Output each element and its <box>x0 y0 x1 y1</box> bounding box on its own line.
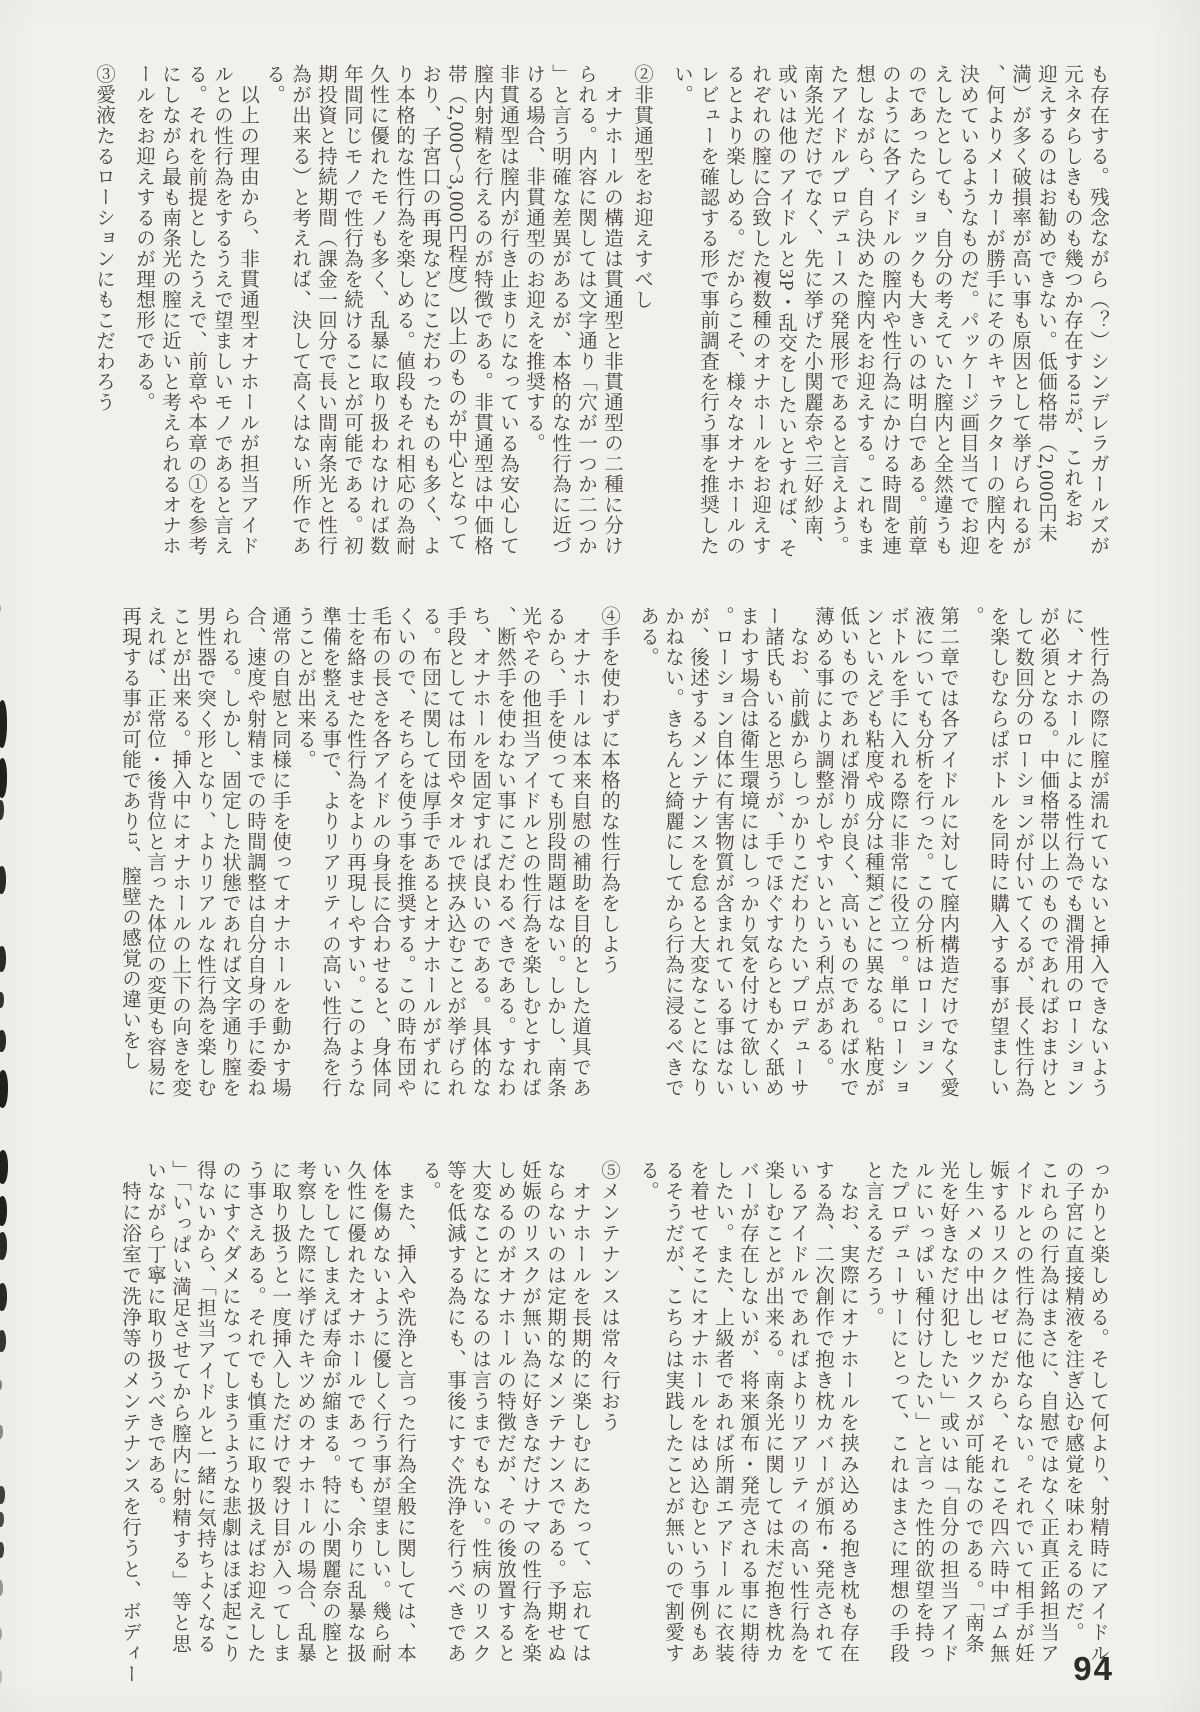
scan-artifact <box>0 1070 8 1108</box>
text-column: 第二章では各アイドルに対して膣内構造だけでなく愛 <box>935 606 960 1120</box>
text-column: えれば、正常位・後背位と言った体位の変更も容易に <box>142 606 167 1120</box>
text-column: のであったらショックも大きいのは明白である。前章 <box>902 64 928 580</box>
text-column: 楽しむことが出来る。南条光に関しては未だ抱き枕カ <box>760 1160 785 1684</box>
text-column: り本格的な性行為を楽しめる。値段もそれ相応の為耐 <box>390 64 416 580</box>
text-column: 士を絡ませた性行為をより再現しやすい。このような <box>342 606 367 1120</box>
text-column: 特に浴室で洗浄等のメンテナンスを行うと、ボディー <box>117 1160 142 1684</box>
text-column: 薄める事により調整がしやすいという利点がある。 <box>810 606 835 1120</box>
text-column: 合、速度や射精までの時間調整は自分自身の手に委ね <box>242 606 267 1120</box>
text-column: ボトルを手に入れる際に非常に役立つ。単にローショ <box>885 606 910 1120</box>
text-column: ある。 <box>635 606 660 1120</box>
text-column: るから、手を使っても別段問題はない。しかし、南条 <box>542 606 567 1120</box>
text-column: う事さえある。それでも慎重に取り扱えばお迎えした <box>242 1160 267 1684</box>
text-column: 、何よりメーカーが勝手にそのキャラクターの膣内を <box>980 64 1006 580</box>
text-column: オナホールは本来自慰の補助を目的とした道具であ <box>567 606 592 1120</box>
scan-artifact <box>0 1030 6 1052</box>
scanned-page: { "page_number": "94", "colors": { "pape… <box>0 0 1200 1712</box>
text-column: 光やその他担当アイドルとの性行為を楽しむとすれば <box>517 606 542 1120</box>
scan-artifact <box>0 1486 5 1504</box>
scan-artifact <box>0 1232 7 1260</box>
text-column: たプロデューサーにとって、これはまさに理想の手段 <box>885 1160 910 1684</box>
text-column: 考察した際に挙げたキツめのオナホールの場合、乱暴 <box>292 1160 317 1684</box>
text-column: 久性に優れたオナホールであっても、余りに乱暴な扱 <box>342 1160 367 1684</box>
text-column: これらの行為はまさに、自慰ではなく正真正銘担当ア <box>1035 1160 1060 1684</box>
text-column: して数回分のローションが付いてくるが、長く性行為 <box>1010 606 1035 1120</box>
text-column: 液についても分析を行った。この分析はローション <box>910 606 935 1120</box>
text-column: うことが出来る。 <box>292 606 317 1120</box>
scan-artifact <box>0 866 6 894</box>
text-column: るとより楽しめる。だからこそ、様々なオナホールの <box>720 64 746 580</box>
text-column: 膣内射精を行えるのが特徴である。非貫通型は中価格 <box>468 64 494 580</box>
text-column: ことが出来る。挿入中にオナホールの上下の向きを変 <box>167 606 192 1120</box>
scan-artifact <box>0 1330 6 1352</box>
section-heading: ③愛液たるローションにもこだわろう <box>90 64 116 580</box>
text-column: 久性に優れたモノも多く、乱暴に取り扱わなければ数 <box>364 64 390 580</box>
text-column: 決めているようなものだ。パッケージ画目当てでお迎 <box>954 64 980 580</box>
text-column: 迎えするのはお勧めできない。低価格帯（2,000円未 <box>1032 64 1058 580</box>
text-column: また、挿入や洗浄と言った行為全般に関しては、本 <box>392 1160 417 1684</box>
text-column: ー諸氏もいると思うが、手でほぐすならともかく舐め <box>760 606 785 1120</box>
scan-artifact <box>0 1425 3 1439</box>
scan-artifact <box>0 1542 4 1558</box>
text-column: たアイドルプロデュースの発展形であると言えよう。 <box>824 64 850 580</box>
text-column: のように各アイドルの膣内や性行為にかける時間を連 <box>876 64 902 580</box>
scan-artifact <box>0 1580 3 1596</box>
scan-artifact <box>0 1196 7 1226</box>
text-column: いをしてしまえば寿命が縮まる。特に小関麗奈の膣と <box>317 1160 342 1684</box>
text-column: 為が出来る）と考えれば、決して高くはない所作であ <box>286 64 312 580</box>
text-column: ち、オナホールを固定すれば良いのである。具体的な <box>467 606 492 1120</box>
scan-artifact <box>0 1283 7 1311</box>
text-column: 男性器で突く形となり、よりリアルな性行為を楽しむ <box>192 606 217 1120</box>
text-column: っかりと楽しめる。そして何より、射精時にアイドル <box>1085 1160 1110 1684</box>
text-column: する為、二次創作で抱き枕カバーが頒布・発売されて <box>810 1160 835 1684</box>
text-column: 性行為の際に膣が濡れていないと挿入できないよう <box>1085 606 1110 1120</box>
text-column: 妊娠のリスクが無い為に好きなだけナマの性行為を楽 <box>517 1160 542 1684</box>
text-column: 再現する事が可能であり¹³、膣壁の感覚の違いをし <box>117 606 142 1120</box>
text-column: ンといえども粘度や成分は種類ごとに異なる。粘度が <box>860 606 885 1120</box>
section-heading: ⑤メンテナンスは常々行おう <box>596 1160 621 1684</box>
text-column: を着せてそこにオナホールをはめ込むという事例もあ <box>685 1160 710 1684</box>
text-column: バーが存在しないが、将来頒布・発売される事に期待 <box>735 1160 760 1684</box>
text-column: が、後述するメンテナンスを怠ると大変なことになり <box>685 606 710 1120</box>
text-column: 準備を整える事で、よりリアリティの高い性行為を行 <box>317 606 342 1120</box>
text-column: が必須となる。中価格帯以上のものであればおまけと <box>1035 606 1060 1120</box>
scan-artifact <box>0 800 4 820</box>
text-column: る。 <box>417 1160 442 1684</box>
text-column: し生ハメの中出しセックスが可能なのである。「南条 <box>960 1160 985 1684</box>
text-column: オナホールを長期的に楽しむにあたって、忘れては <box>567 1160 592 1684</box>
text-column: も存在する。残念ながら（？）シンデレラガールズが <box>1084 64 1110 580</box>
scan-artifact <box>0 605 1 612</box>
text-column: 娠するリスクはゼロだから、それこそ四六時中ゴム無 <box>985 1160 1010 1684</box>
text-column: のにすぐダメになってしまうような悲劇はほぼ起こり <box>217 1160 242 1684</box>
text-column: る。それを前提としたうえで、前章や本章の①を参考 <box>182 64 208 580</box>
text-column: に取り扱うと一度挿入しただけで裂け目が入ってしま <box>267 1160 292 1684</box>
text-column: 期投資と持続期間（課金一回分で長い間南条光と性行 <box>312 64 338 580</box>
text-column: 、断然手を使わない事にこだわるべきである。すなわ <box>492 606 517 1120</box>
text-column: 元ネタらしきものも幾つか存在する¹²が、これをお <box>1058 64 1084 580</box>
text-column: 」と言う明確な差異があるが、本格的な性行為に近づ <box>546 64 572 580</box>
text-column: ける場合、非貫通型のお迎えを推奨する。 <box>520 64 546 580</box>
text-column: 或いは他のアイドルと3P・乱交をしたいとすれば、そ <box>772 64 798 580</box>
text-column: おり、子宮口の再現などにこだわったものも多く、よ <box>416 64 442 580</box>
text-column: オナホールの構造は貫通型と非貫通型の二種に分け <box>598 64 624 580</box>
section-heading: ④手を使わずに本格的な性行為をしよう <box>596 606 621 1120</box>
scan-artifact <box>0 1512 4 1527</box>
text-column: まわす場合は衛生環境にはしっかり気を付けて欲しい <box>735 606 760 1120</box>
scan-artifact <box>0 1380 2 1390</box>
section-heading: ②非貫通型をお迎えすべし <box>628 64 654 580</box>
text-column: 体を傷めないように優しく行う事が望ましい。幾ら耐 <box>367 1160 392 1684</box>
text-column: る。 <box>635 1160 660 1684</box>
text-column: る。 <box>260 64 286 580</box>
text-column: ルとの性行為をするうえで望ましいモノであると言え <box>208 64 234 580</box>
text-column: なお、実際にオナホールを挟み込める抱き枕も存在 <box>835 1160 860 1684</box>
text-column: 南条光だけでなく、先に挙げた小関麗奈や三好紗南、 <box>798 64 824 580</box>
text-column: い。 <box>668 64 694 580</box>
text-column: 以上の理由から、非貫通型オナホールが担当アイド <box>234 64 260 580</box>
text-column: したい。また、上級者であれば所謂エアドールに衣装 <box>710 1160 735 1684</box>
text-column: イドルとの性行為に他ならない。それでいて相手が妊 <box>1010 1160 1035 1684</box>
text-column: かねない。きちんと綺麗にしてから行為に浸るべきで <box>660 606 685 1120</box>
text-column: れぞれの膣に合致した複数種のオナホールをお迎えす <box>746 64 772 580</box>
text-column: ルにいっぱい種付けしたい」と言った性的欲望を持っ <box>910 1160 935 1684</box>
scan-artifact <box>0 758 7 798</box>
text-column: られる。内容に関しては文字通り「穴が一つか二つか <box>572 64 598 580</box>
text-column: しめるのがオナホールの特徴だが、その後放置すると <box>492 1160 517 1684</box>
scan-artifact <box>0 992 4 1008</box>
text-band-top: も存在する。残念ながら（？）シンデレラガールズが元ネタらしきものも幾つか存在する… <box>86 64 1110 580</box>
text-column: 年間同じモノで性行為を続けることが可能である。初 <box>338 64 364 580</box>
text-column: られる。しかし、固定した状態であれば文字通り膣を <box>217 606 242 1120</box>
text-column: 手段としては布団やタオルで挟み込むことが挙げられ <box>442 606 467 1120</box>
scan-artifact <box>0 1670 2 1684</box>
text-column: の子宮に直接精液を注ぎ込む感覚を味わえるのだ。 <box>1060 1160 1085 1684</box>
text-column: ならないのは定期的なメンテナンスである。予期せぬ <box>542 1160 567 1684</box>
text-column: 大変なことになるのは言うまでもない。性病のリスク <box>467 1160 492 1684</box>
text-column: レビューを確認する形で事前調査を行う事を推奨した <box>694 64 720 580</box>
text-band-middle: 性行為の際に膣が濡れていないと挿入できないように、オナホールによる性行為でも潤滑… <box>117 606 1110 1120</box>
text-column: 」「いっぱい満足させてから膣内に射精する」等と思 <box>167 1160 192 1684</box>
text-column: いるアイドルであればよりリアリティの高い性行為を <box>785 1160 810 1684</box>
text-column: を楽しむならばボトルを同時に購入する事が望ましい <box>985 606 1010 1120</box>
text-column: ールをお迎えするのが理想形である。 <box>130 64 156 580</box>
scan-artifact <box>0 700 7 748</box>
text-column: いながら丁寧に取り扱うべきである。 <box>142 1160 167 1684</box>
text-column: にしながら最も南条光の膣に近いと考えられるオナホ <box>156 64 182 580</box>
text-column: る。布団に関しては厚手であるとオナホールがずれに <box>417 606 442 1120</box>
text-column: と言えるだろう。 <box>860 1160 885 1684</box>
text-column: えしたとしても、自分の考えていた膣内と全然違うも <box>928 64 954 580</box>
text-column: 帯（2,000～3,000円程度）以上のものが中心となって <box>442 64 468 580</box>
text-column: 得ないから、「担当アイドルと一緒に気持ちよくなる <box>192 1160 217 1684</box>
text-column: に、オナホールによる性行為でも潤滑用のローション <box>1060 606 1085 1120</box>
text-column: くいので、そちらを使う事を推奨する。この時布団や <box>392 606 417 1120</box>
text-band-bottom: っかりと楽しめる。そして何より、射精時にアイドルの子宮に直接精液を注ぎ込む感覚を… <box>117 1160 1110 1684</box>
text-column: 光を好きなだけ犯したい」或いは「自分の担当アイド <box>935 1160 960 1684</box>
scan-artifact <box>0 1150 8 1184</box>
text-column: 。 <box>960 606 985 1120</box>
text-column: 等を低減する為にも、事後にすぐ洗浄を行うべきであ <box>442 1160 467 1684</box>
scan-artifact <box>0 1628 2 1640</box>
scan-artifact <box>0 946 6 972</box>
text-column: 想しながら、自ら決めた膣内をお迎えする。これもま <box>850 64 876 580</box>
text-column: るそうだが、こちらは実践したことが無いので割愛す <box>660 1160 685 1684</box>
text-column: 。ローション自体に有害物質が含まれている事はない <box>710 606 735 1120</box>
text-column: 通常の自慰と同様に手を使ってオナホールを動かす場 <box>267 606 292 1120</box>
text-column: 低いものであれば滑りが良く、高いものであれば水で <box>835 606 860 1120</box>
text-column: 満）が多く破損率が高い事も原因として挙げられるが <box>1006 64 1032 580</box>
text-column: 毛布の長さを各アイドルの身長に合わせると、身体同 <box>367 606 392 1120</box>
text-column: 非貫通型は膣内が行き止まりになっている為安心して <box>494 64 520 580</box>
text-column: なお、前戯からしっかりこだわりたいプロデューサ <box>785 606 810 1120</box>
page-number: 94 <box>1073 1650 1114 1688</box>
